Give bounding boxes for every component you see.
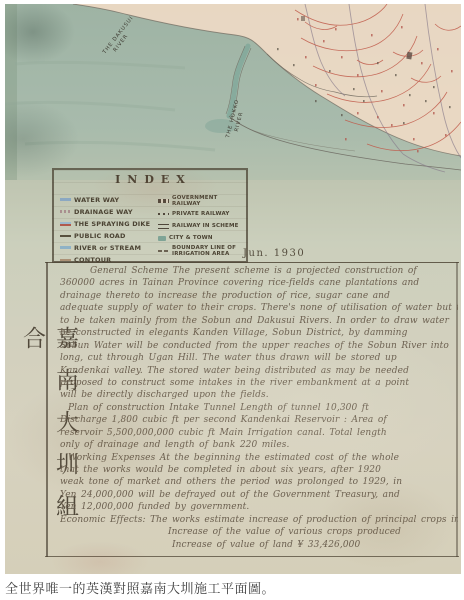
legend-item-public-road: PUBLIC ROAD [60,231,156,241]
legend-item-railway-in-scheme: RAILWAY IN SCHEME [158,221,244,231]
legend-item-government-railway: GOVERNMENT RAILWAY [158,195,244,207]
scheme-text-line: that the works would be completed in abo… [60,464,458,476]
scheme-text-line: 360000 acres in Tainan Province covering… [60,277,458,289]
river-stream-symbol-icon [60,246,71,249]
scheme-text-line: Plan of construction Intake Tunnel Lengt… [60,402,458,414]
scheme-text-line: Economic Effects: The works estimate inc… [60,514,458,526]
legend-left-column: WATER WAY DRAINAGE WAY THE SPRAYING DIKE… [60,195,156,265]
scheme-text-line: long, cut through Ugan Hill. The water t… [60,352,458,364]
contour-symbol-icon [60,259,71,261]
legend-item-private-railway: PRIVATE RAILWAY [158,209,244,219]
horizontal-rule-bottom [45,556,459,557]
legend-item-contour: CONTOUR [60,255,156,265]
private-railway-symbol-icon [158,213,169,215]
legend-title: INDEX [54,173,246,186]
map-photo: THE DAKUSUI RIVER THE HOKKO RIVER INDEX … [5,4,461,574]
scheme-text-line: Discharge 1,800 cubic ft per second Kand… [60,414,458,426]
legend-item-boundary-line: BOUNDARY LINE OF IRRIGATION AREA [158,245,244,257]
scheme-text-line: proposed to construct some intakes in th… [60,377,458,389]
scheme-text-line: Working Expenses At the beginning the es… [60,452,458,464]
water-way-symbol-icon [60,198,71,201]
legend-item-drainage-way: DRAINAGE WAY [60,207,156,217]
scheme-text-line: will be directly discharged upon the fie… [60,389,458,401]
scheme-text-line: to be taken mainly from the Sobun and Da… [60,315,458,327]
scheme-text-line: General Scheme The present scheme is a p… [60,265,458,277]
scheme-text-line: Kandenkai valley. The stored water being… [60,365,458,377]
scheme-text-line: Sobun Water will be conducted from the u… [60,340,458,352]
city-town-symbol-icon [158,236,166,241]
scheme-text-line: only of drainage and length of bank 220 … [60,439,458,451]
boundary-line-symbol-icon [158,250,169,252]
scheme-text-line: Yen 12,000,000 funded by government. [60,501,458,513]
map-date-label: Jun. 1930 [243,248,305,259]
scheme-text-line: Yen 24,000,000 will be defrayed out of t… [60,489,458,501]
scheme-text-line: adequate supply of water to their crops.… [60,302,458,314]
legend-item-spraying-dike: THE SPRAYING DIKE [60,219,156,229]
scheme-text-line: weak tone of market and others the perio… [60,476,458,488]
legend-item-city-town: CITY & TOWN [158,233,244,243]
horizontal-rule-top [45,262,459,263]
scheme-text-line: reservoir 5,500,000,000 cubic ft Main Ir… [60,427,458,439]
photo-caption: 全世界唯一的英漢對照嘉南大圳施工平面圖。 [5,578,275,597]
legend-item-water-way: WATER WAY [60,195,156,205]
map-top-area: THE DAKUSUI RIVER THE HOKKO RIVER [5,4,461,180]
handwritten-scheme-text: General Scheme The present scheme is a p… [60,265,458,556]
government-railway-symbol-icon [158,199,169,203]
scheme-text-line: Increase of value of land ¥ 33,426,000 [60,539,458,551]
public-road-symbol-icon [60,235,71,237]
legend-item-river-stream: RIVER or STREAM [60,243,156,253]
map-legend-index-box: INDEX WATER WAY DRAINAGE WAY THE SPRAYIN… [52,168,248,263]
scheme-text-line: be constructed in elegants Kanden Villag… [60,327,458,339]
drainage-way-symbol-icon [60,210,71,213]
scheme-text-line: Increase of the value of various crops p… [60,526,458,538]
scheme-text-line: drainage thereto to increase the product… [60,290,458,302]
spraying-dike-symbol-icon [60,222,71,226]
legend-right-column: GOVERNMENT RAILWAY PRIVATE RAILWAY RAILW… [158,195,244,257]
railway-in-scheme-symbol-icon [158,224,169,229]
